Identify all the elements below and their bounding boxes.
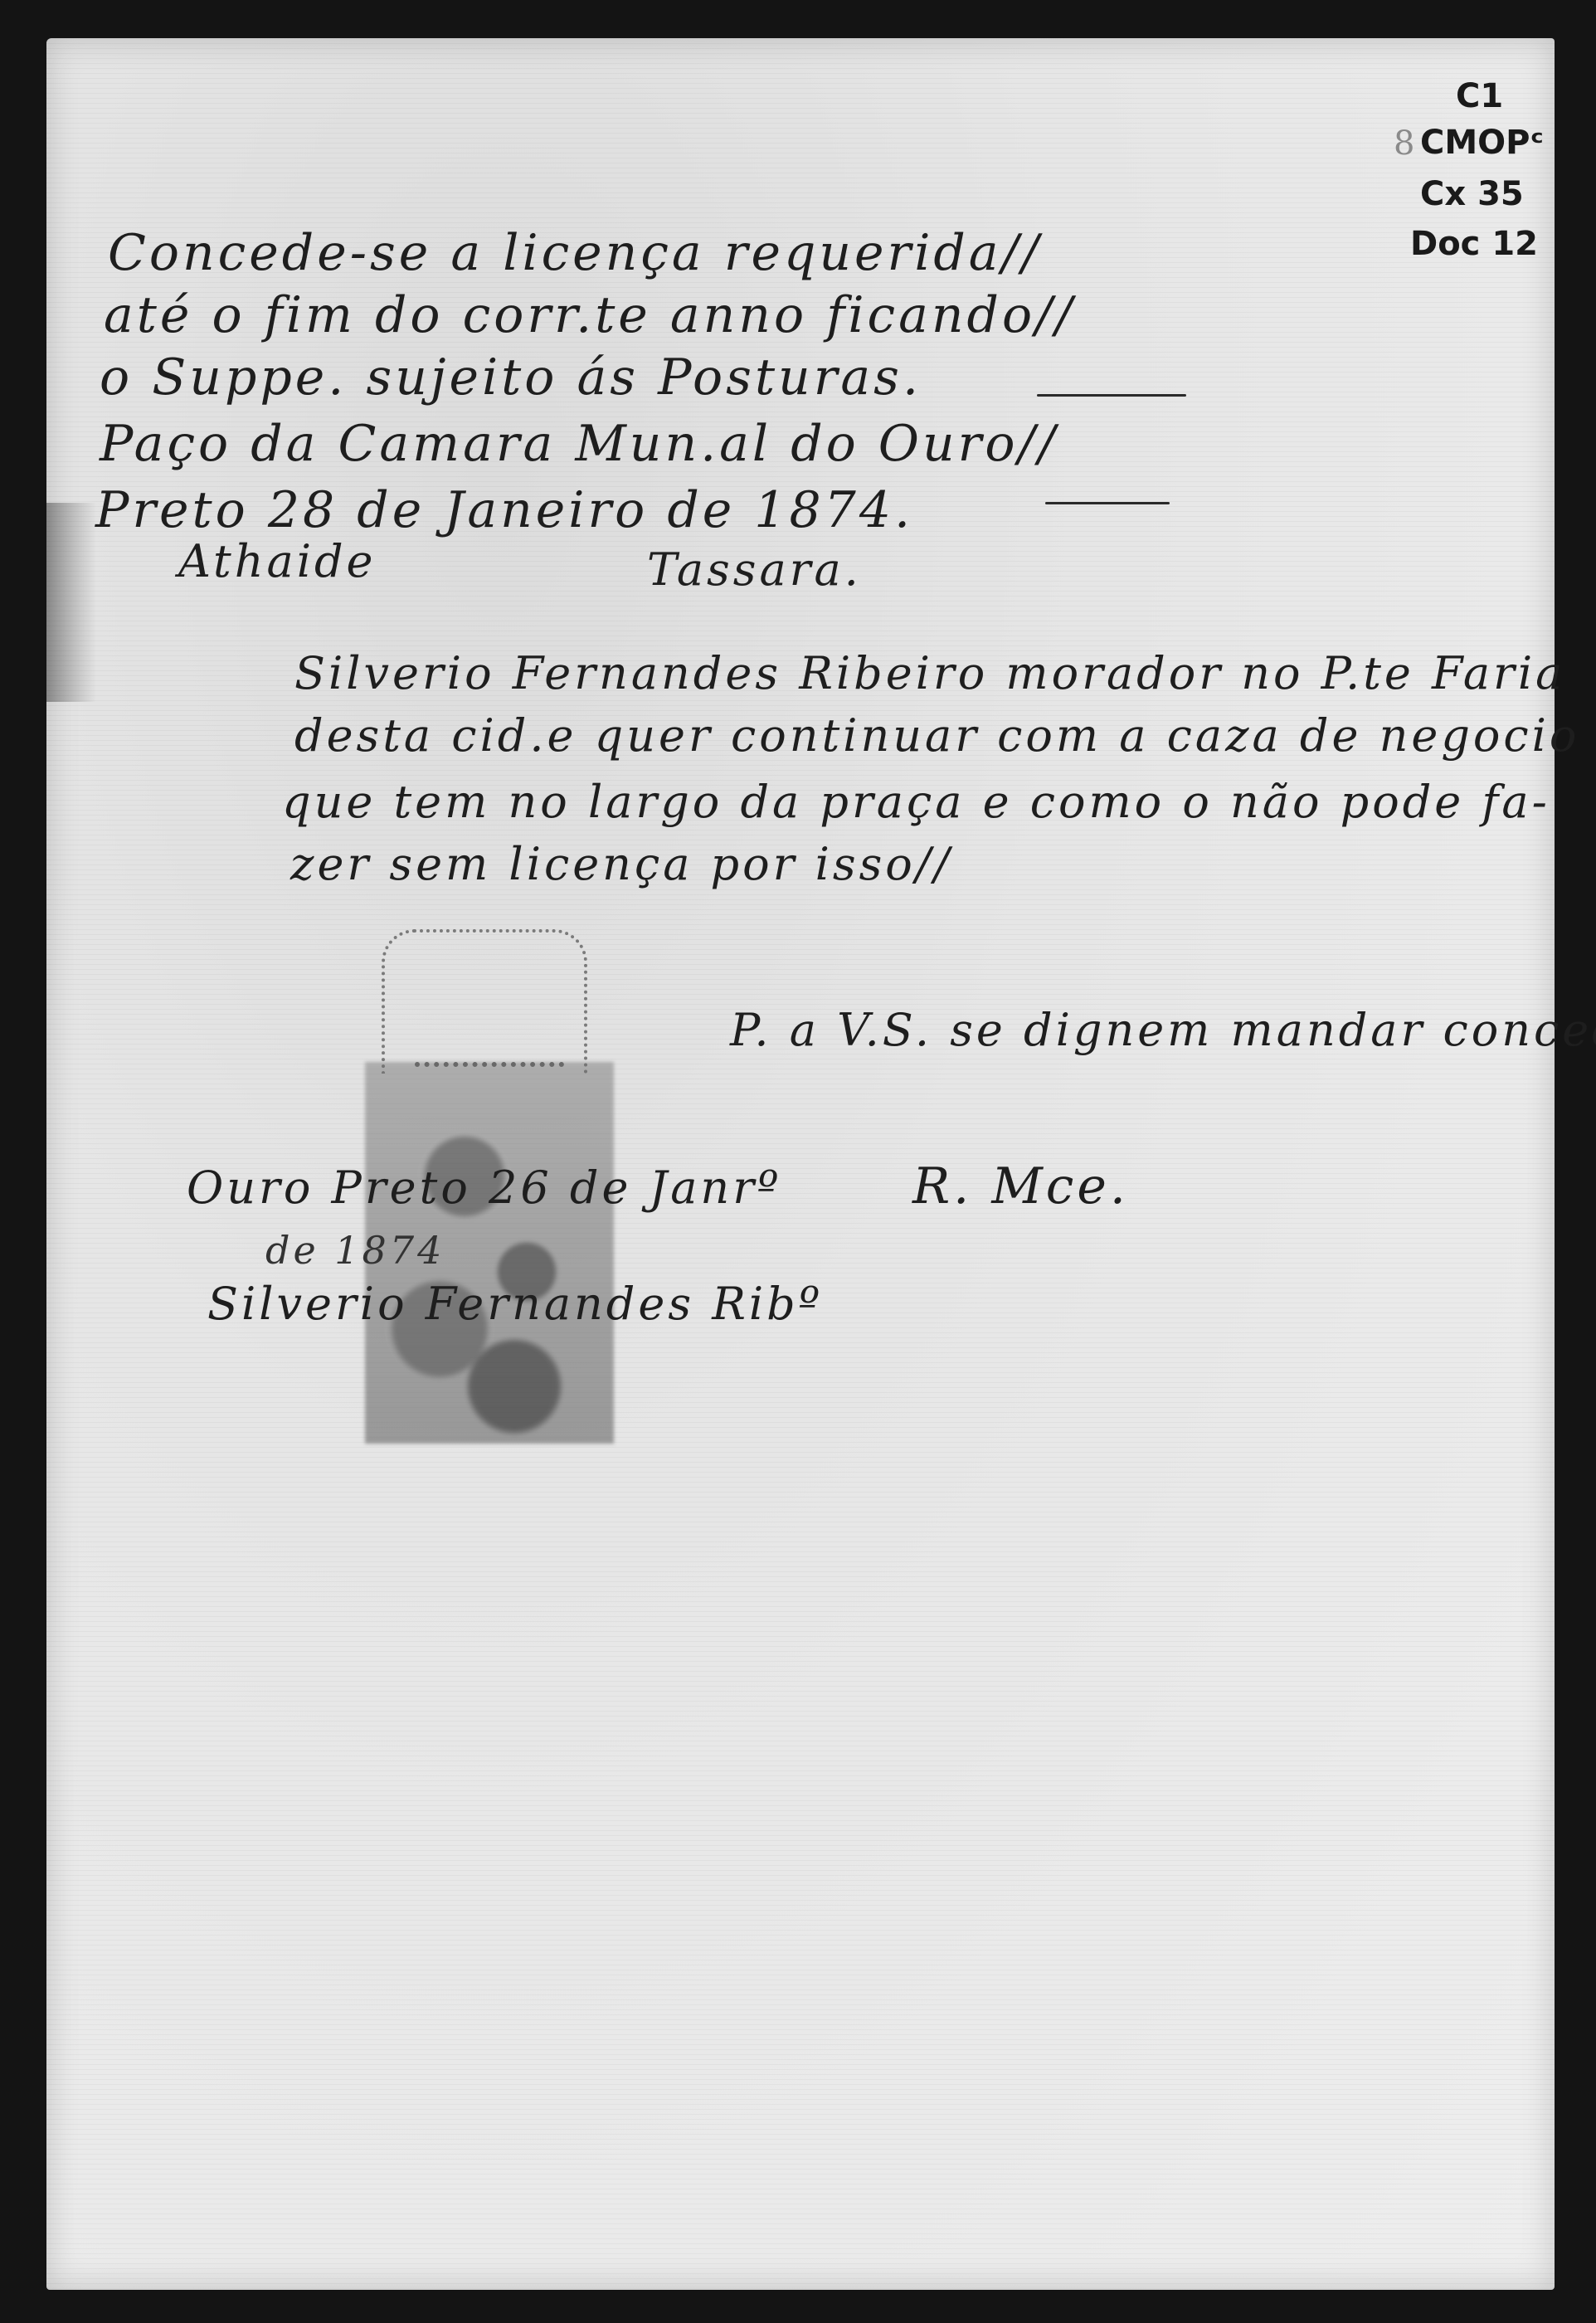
- despacho-line-2: até o fim do corr.te anno ficando//: [104, 286, 1076, 344]
- place-date: Ouro Preto 26 de Janrº: [187, 1161, 781, 1214]
- archive-ref-line-3: Cx 35: [1420, 174, 1524, 214]
- petition-line-2: desta cid.e quer continuar com a caza de…: [294, 709, 1579, 762]
- signature-athaide: Athaide: [178, 535, 377, 587]
- archive-ref-line-4: Doc 12: [1410, 224, 1538, 264]
- despacho-line-3: o Suppe. sujeito ás Posturas.: [100, 348, 922, 407]
- petition-line-4: zer sem licença por isso//: [290, 838, 952, 890]
- despacho-line-1: Concede-se a licença requerida//: [108, 224, 1042, 282]
- signature-tassara: Tassara.: [647, 543, 862, 596]
- date-flourish: [1045, 502, 1170, 504]
- stamp-outline: [382, 929, 587, 1074]
- fold-shadow: [46, 503, 96, 702]
- formula-rmce: R. Mce.: [912, 1157, 1129, 1215]
- pencil-mark: 8: [1394, 124, 1414, 163]
- despacho-line-4: Paço da Camara Mun.al do Ouro//: [100, 415, 1058, 473]
- petition-closing: P. a V.S. se dignem mandar conceder//: [730, 1004, 1596, 1056]
- archive-ref-line-1: C1: [1456, 76, 1503, 116]
- archive-ref-line-2: CMOPᶜ: [1420, 123, 1544, 163]
- place-date-continuation: de 1874: [265, 1228, 445, 1273]
- petition-line-3: que tem no largo da praça e como o não p…: [282, 776, 1550, 828]
- petition-line-1: Silverio Fernandes Ribeiro morador no P.…: [294, 647, 1565, 699]
- despacho-line-5: Preto 28 de Janeiro de 1874.: [95, 481, 913, 539]
- petitioner-signature: Silverio Fernandes Ribº: [207, 1278, 823, 1330]
- despacho-flourish: [1037, 394, 1186, 397]
